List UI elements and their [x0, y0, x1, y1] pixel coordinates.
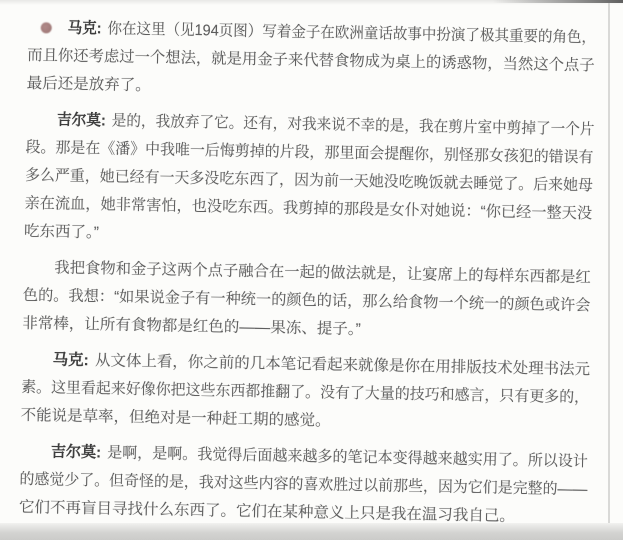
paragraph: 马克: 从文体上看，你之前的几本笔记看起来就像是你在用排版技术处理书法元素。这里… — [20, 346, 589, 440]
line-text: 最后还是放弃了。 — [27, 75, 151, 94]
line-text: 亲在流血，她非常害怕，也没吃东西。我剪掉的那段是女仆对她说：“你已经一整天没 — [24, 195, 592, 222]
line-text: 非常棒，让所有食物都是红色的——果冻、提子。” — [22, 315, 361, 338]
paragraph: 吉尔莫: 是的，我放弃了它。还有，对我来说不幸的是，我在剪片室中剪掉了一个片段。… — [24, 106, 594, 256]
line-text: 多么严重，她已经有一天多没吃东西了，因为前一天她没吃晚饭就去睡觉了。后来她母 — [25, 167, 593, 194]
scan-shadow-bottom — [0, 523, 623, 540]
paragraph: 马克: 你在这里（见194页图）写着金子在欧洲童话故事中扮演了极其重要的角色，而… — [26, 14, 595, 108]
line-text: 吃东西了。” — [24, 223, 99, 241]
line-text: 段。那是在《潘》中我唯一后悔剪掉的片段，那里面会提醒你，别怪那女孩犯的错误有 — [25, 139, 593, 166]
line-text: 是的，我放弃了它。还有，对我来说不幸的是，我在剪片室中剪掉了一个片 — [112, 113, 595, 139]
line-text: 的感觉少了。但奇怪的是，我对这些内容的喜欢胜过以前那些，因为它们是完整的—— — [19, 471, 587, 498]
line-text: 你在这里（见194页图）写着金子在欧洲童话故事中扮演了极其重要的角色， — [107, 20, 596, 46]
line-text: 它们不再盲目寻找什么东西了。它们在某种意义上只是我在温习我自己。 — [19, 499, 515, 525]
line-text: 是啊，是啊。我觉得后面越来越多的笔记本变得越来越实用了。所以设计 — [107, 445, 588, 471]
speaker-label: 马克: — [53, 352, 94, 370]
speaker-label: 马克: — [68, 20, 106, 38]
scanned-page: 马克: 你在这里（见194页图）写着金子在欧洲童话故事中扮演了极其重要的角色，而… — [0, 0, 623, 540]
line-text: 从文体上看，你之前的几本笔记看起来就像是你在用排版技术处理书法元 — [95, 352, 590, 378]
page-edge-dark-corner — [493, 0, 623, 3]
dialogue: 马克: 你在这里（见194页图）写着金子在欧洲童话故事中扮演了极其重要的角色，而… — [19, 14, 596, 540]
line-text: 不能说是草率，但绝对是一种赶工期的感觉。 — [20, 407, 330, 430]
line-text: 而且你还考虑过一个想法，就是用金子来代替食物成为桌上的诱惑物，当然这个点子 — [27, 47, 595, 74]
paragraph: 吉尔莫: 是啊，是啊。我觉得后面越来越多的笔记本变得越来越实用了。所以设计的感觉… — [19, 438, 588, 532]
line-text: 我把食物和金子这两个点子融合在一起的做法就是，让宴席上的每样东西都是红 — [54, 260, 591, 287]
page-edge-line-right — [608, 3, 610, 524]
speaker-label: 吉尔莫: — [51, 443, 106, 461]
speaker-label: 吉尔莫: — [57, 112, 110, 130]
line-text: 色的。我想：“如果说金子有一种统一的颜色的话，那么给食物一个统一的颜色或许会 — [23, 287, 591, 314]
line-text: 素。这里看起来好像你把这些东西都推翻了。没有了大量的技巧和感言，只有更多的， — [21, 379, 589, 406]
paragraph: 我把食物和金子这两个点子融合在一起的做法就是，让宴席上的每样东西都是红色的。我想… — [22, 254, 591, 348]
